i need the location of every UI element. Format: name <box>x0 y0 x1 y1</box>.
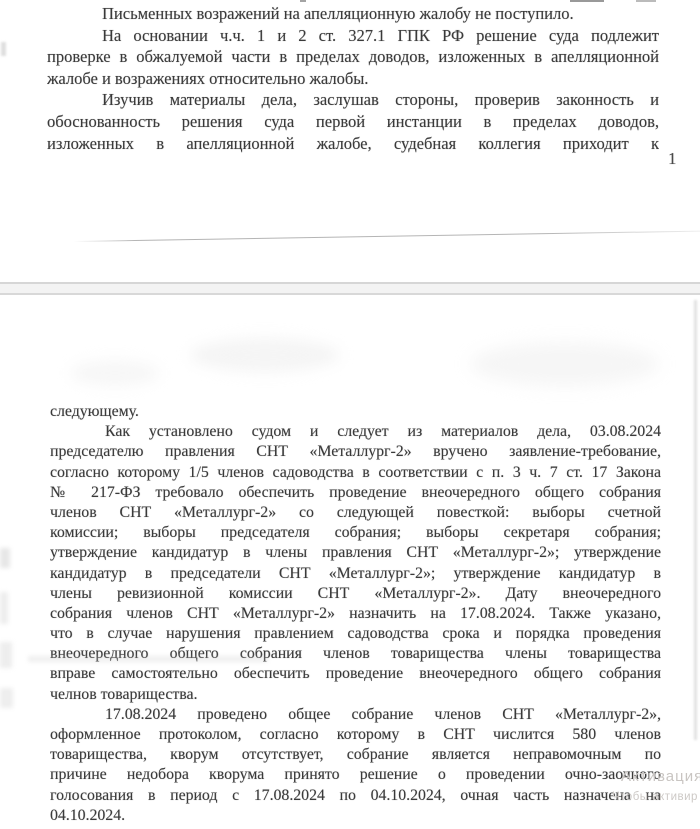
scan-artifact <box>636 0 656 2</box>
text-line: голосования в период с 17.08.2024 по 04.… <box>50 786 661 806</box>
scan-artifact <box>300 0 306 2</box>
scan-artifact <box>0 548 10 568</box>
text-line: челнов товарищества. <box>50 685 661 705</box>
scan-artifact <box>0 688 13 708</box>
text-line: собрания членов СНТ «Металлург-2» назнач… <box>50 604 661 624</box>
text-line: причине недобора кворума принято решение… <box>50 765 661 785</box>
text-line: 17.08.2024 проведено общее собрание член… <box>50 705 661 725</box>
text-line: утверждение кандидатур в члены правления… <box>50 543 661 563</box>
text-line: обоснованность решения суда первой инста… <box>47 111 659 133</box>
text-line: На основании ч.ч. 1 и 2 ст. 327.1 ГПК РФ… <box>47 25 659 47</box>
text-line: следующему. <box>50 402 661 422</box>
scan-artifact <box>70 360 160 386</box>
text-line: Как установлено судом и следует из матер… <box>50 422 661 442</box>
text-line: проверке в обжалуемой части в пределах д… <box>47 46 659 68</box>
text-line: товарищества, кворум отсутствует, собран… <box>50 745 661 765</box>
text-line: жалобе и возражениях относительно жалобы… <box>47 68 659 90</box>
text-line: № 217-ФЗ требовало обеспечить проведение… <box>50 483 661 503</box>
activation-watermark-line2: Чтобы активир <box>612 791 698 803</box>
page-separator-band <box>0 282 700 295</box>
page1-text-block: Письменных возражений на апелляционную ж… <box>47 3 659 154</box>
text-line: вправе самостоятельно обеспечить проведе… <box>50 664 661 684</box>
page-number: 1 <box>668 149 677 169</box>
scan-artifact <box>0 592 8 624</box>
text-line: Изучив материалы дела, заслушав стороны,… <box>47 89 659 111</box>
scan-artifact <box>0 642 12 668</box>
scan-artifact <box>694 300 697 740</box>
scan-artifact <box>1 42 6 56</box>
text-line: оформленное протоколом, согласно котором… <box>50 725 661 745</box>
activation-watermark-line1: Активация <box>621 768 700 785</box>
page2-text-block: следующему. Как установлено судом и след… <box>50 402 661 826</box>
text-line: что в случае нарушения правлением садово… <box>50 624 661 644</box>
text-line: кандидатур в председатели СНТ «Металлург… <box>50 564 661 584</box>
text-line: внеочередного общего собрания членов тов… <box>50 644 661 664</box>
scan-artifact <box>570 0 604 2</box>
scan-artifact <box>470 342 660 386</box>
page-edge-line <box>74 231 700 243</box>
text-line: членов СНТ «Металлург-2» со следующей по… <box>50 503 661 523</box>
text-line: Письменных возражений на апелляционную ж… <box>47 3 659 25</box>
text-line: изложенных в апелляционной жалобе, судеб… <box>47 133 659 155</box>
text-line: комиссии; выборы председателя собрания; … <box>50 523 661 543</box>
text-line: 04.10.2024. <box>50 806 661 826</box>
text-line: члены ревизионной комиссии СНТ «Металлур… <box>50 584 661 604</box>
text-line: председателю правления СНТ «Металлург-2»… <box>50 442 661 462</box>
scanned-court-document: { "page1": { "page_number": "1", "lines"… <box>0 0 700 829</box>
text-line: согласно которому 1/5 членов садоводства… <box>50 463 661 483</box>
scan-artifact <box>190 338 340 372</box>
